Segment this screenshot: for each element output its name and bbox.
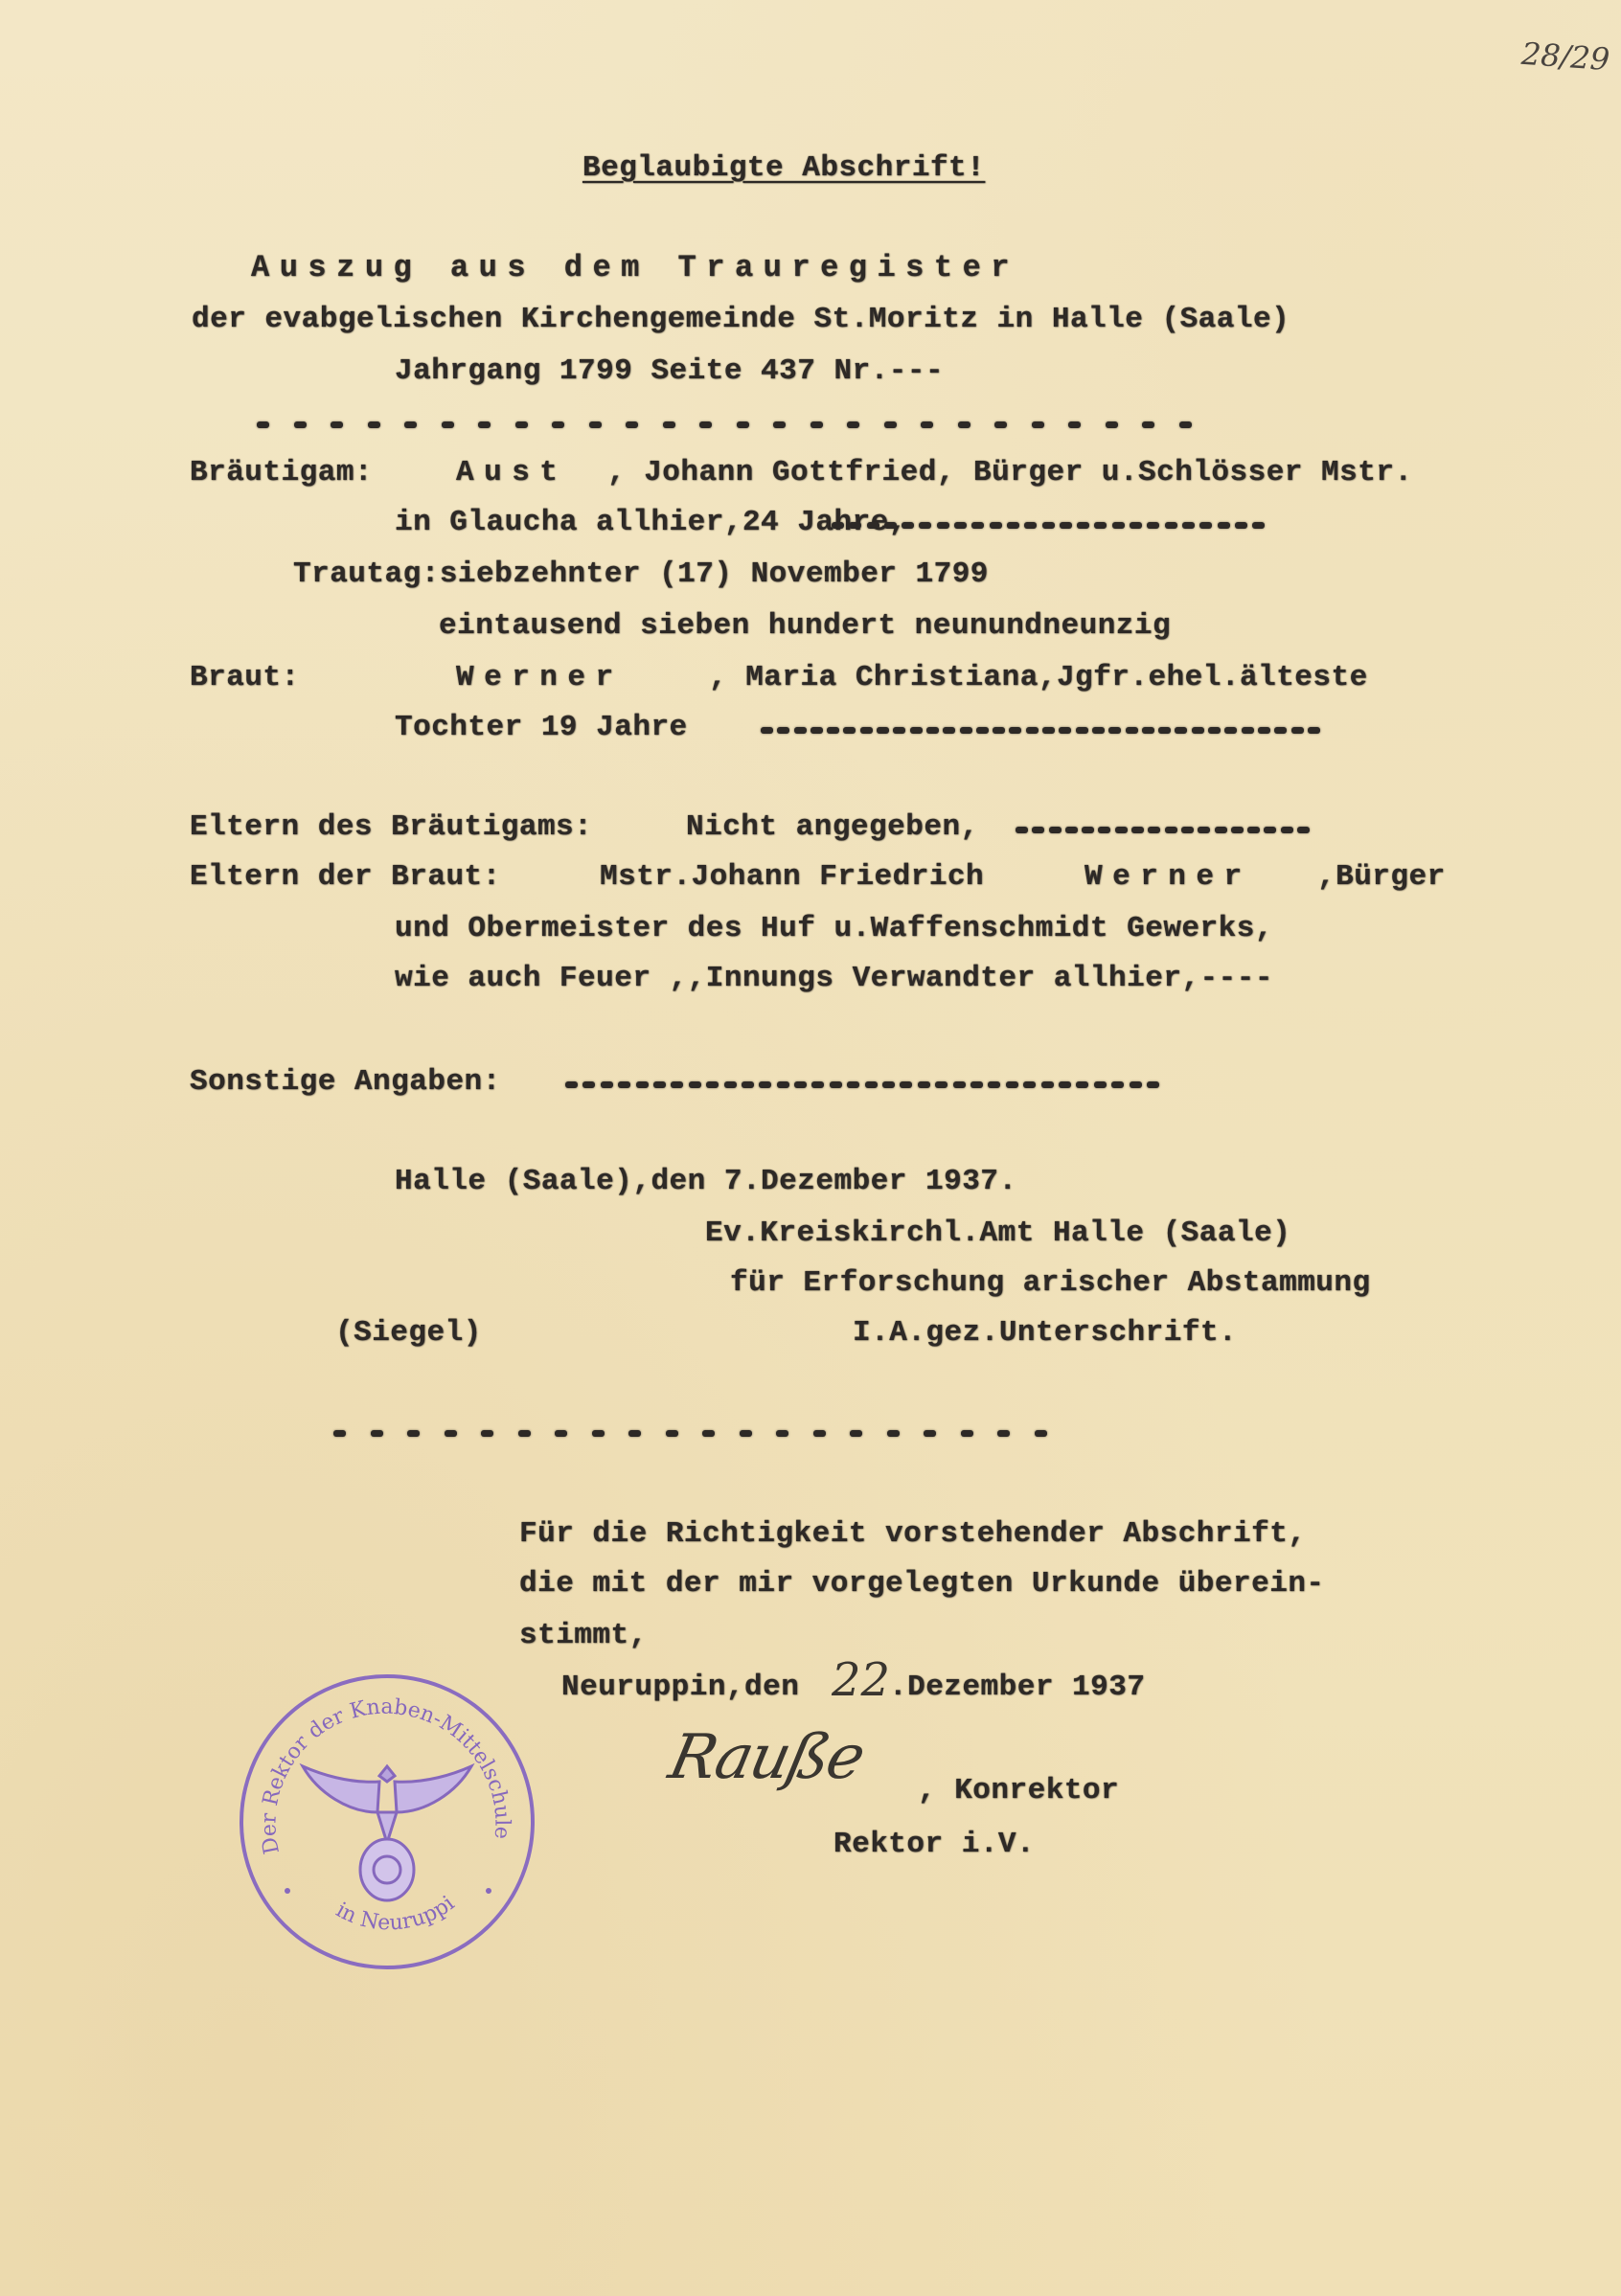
dash-mark xyxy=(843,727,856,734)
dash-mark xyxy=(884,522,897,529)
dash-mark xyxy=(1218,522,1230,529)
dash-mark xyxy=(1142,727,1154,734)
dash-mark xyxy=(592,1430,605,1437)
dash-mark xyxy=(1224,727,1237,734)
fill-dashes xyxy=(565,1081,1159,1088)
handwritten-signature: Rauße xyxy=(663,1722,869,1793)
dash-mark xyxy=(994,421,1007,428)
dash-mark xyxy=(1032,421,1044,428)
certification-place: Neuruppin,den xyxy=(561,1671,799,1705)
dash-mark xyxy=(1247,827,1260,833)
dash-mark xyxy=(1264,827,1276,833)
dash-mark xyxy=(970,1081,983,1088)
dash-mark xyxy=(331,421,343,428)
separator-line xyxy=(333,1430,1047,1437)
dash-mark xyxy=(1274,727,1287,734)
dash-mark xyxy=(257,421,269,428)
dash-mark xyxy=(1082,827,1094,833)
dash-mark xyxy=(882,1081,895,1088)
dash-mark xyxy=(918,1081,930,1088)
dash-mark xyxy=(1009,727,1021,734)
signed-note: I.A.gez.Unterschrift. xyxy=(853,1316,1237,1351)
dash-mark xyxy=(865,1081,878,1088)
dash-mark xyxy=(1130,1081,1142,1088)
dash-mark xyxy=(724,1081,737,1088)
certification-line-3: stimmt, xyxy=(519,1619,648,1653)
bride-parents-surname: Werner xyxy=(1084,860,1252,895)
dash-mark xyxy=(776,1430,788,1437)
dash-mark xyxy=(954,522,967,529)
dash-mark xyxy=(1092,727,1105,734)
dash-mark xyxy=(860,727,873,734)
dash-mark xyxy=(1235,522,1247,529)
dash-mark xyxy=(737,421,749,428)
dash-mark xyxy=(740,1430,752,1437)
bride-parents-value: Mstr.Johann Friedrich xyxy=(600,860,984,895)
dash-mark xyxy=(1181,827,1194,833)
dash-mark xyxy=(1192,727,1204,734)
dash-mark xyxy=(1175,727,1187,734)
fill-dashes xyxy=(1016,827,1310,833)
dash-mark xyxy=(666,1430,678,1437)
dash-mark xyxy=(777,1081,789,1088)
stamp-ring-text: Der Rektor der Knaben-Mittelschule in Ne… xyxy=(243,1678,531,1966)
dash-mark xyxy=(1179,421,1192,428)
dash-mark xyxy=(1297,827,1310,833)
groom-residence-age: in Glaucha allhier,24 Jahre, xyxy=(395,506,907,540)
dash-mark xyxy=(671,1081,683,1088)
dash-mark xyxy=(1006,1081,1018,1088)
dash-mark xyxy=(884,421,897,428)
fill-dashes xyxy=(832,522,1265,529)
dash-mark xyxy=(1308,727,1320,734)
dash-mark xyxy=(1060,522,1072,529)
dash-mark xyxy=(847,1081,859,1088)
dash-mark xyxy=(1130,522,1142,529)
bride-daughter-age: Tochter 19 Jahre xyxy=(395,711,688,745)
dash-mark xyxy=(830,1081,842,1088)
dash-mark xyxy=(877,727,889,734)
dash-mark xyxy=(582,1081,595,1088)
dash-mark xyxy=(827,727,839,734)
dash-mark xyxy=(993,727,1005,734)
dash-mark xyxy=(1158,727,1171,734)
dash-mark xyxy=(1115,827,1128,833)
seal-placeholder: (Siegel) xyxy=(335,1316,482,1351)
dash-mark xyxy=(1199,522,1212,529)
dash-mark xyxy=(1094,1081,1107,1088)
dash-mark xyxy=(1126,727,1138,734)
dash-mark xyxy=(742,1081,754,1088)
dash-mark xyxy=(960,727,972,734)
dash-mark xyxy=(1042,727,1055,734)
dash-mark xyxy=(702,1430,715,1437)
dash-mark xyxy=(1094,522,1107,529)
dash-mark xyxy=(773,421,786,428)
dash-mark xyxy=(706,1081,719,1088)
signer-role: , Konrektor xyxy=(918,1774,1119,1808)
dash-mark xyxy=(777,727,789,734)
dash-mark xyxy=(1258,727,1270,734)
dash-mark xyxy=(958,421,970,428)
dash-mark xyxy=(1182,522,1195,529)
bride-parents-line-2: und Obermeister des Huf u.Waffenschmidt … xyxy=(395,912,1273,946)
dash-mark xyxy=(1198,827,1210,833)
dash-mark xyxy=(811,1081,824,1088)
fill-dashes xyxy=(761,727,1320,734)
bride-surname: Werner xyxy=(456,661,624,695)
dash-mark xyxy=(849,522,861,529)
dash-mark xyxy=(518,1430,531,1437)
heading-line-2: der evabgelischen Kirchengemeinde St.Mor… xyxy=(192,303,1290,337)
dash-mark xyxy=(921,421,933,428)
dash-mark xyxy=(971,522,984,529)
heading-line-3: Jahrgang 1799 Seite 437 Nr.--- xyxy=(395,354,944,389)
dash-mark xyxy=(636,1081,649,1088)
dash-mark xyxy=(1142,421,1154,428)
dash-mark xyxy=(1076,1081,1088,1088)
dash-mark xyxy=(953,1081,966,1088)
dash-mark xyxy=(442,421,454,428)
dash-mark xyxy=(887,1430,900,1437)
signer-role-2: Rektor i.V. xyxy=(833,1828,1035,1862)
wedding-year-words: eintausend sieben hundert neunundneunzig xyxy=(439,609,1171,644)
dash-mark xyxy=(1165,827,1177,833)
groom-parents-value: Nicht angegeben, xyxy=(686,810,979,845)
dash-mark xyxy=(1059,1081,1071,1088)
certification-date: .Dezember 1937 xyxy=(889,1671,1145,1705)
dash-mark xyxy=(1147,522,1159,529)
dash-mark xyxy=(976,727,989,734)
dash-mark xyxy=(1111,1081,1124,1088)
dash-mark xyxy=(937,522,949,529)
dash-mark xyxy=(1291,727,1304,734)
dash-mark xyxy=(552,421,564,428)
groom-label: Bräutigam: xyxy=(190,456,373,490)
dash-mark xyxy=(997,1430,1010,1437)
dash-mark xyxy=(515,421,528,428)
dash-mark xyxy=(810,421,823,428)
official-stamp: Der Rektor der Knaben-Mittelschule in Ne… xyxy=(240,1674,535,1969)
dash-mark xyxy=(1112,522,1125,529)
other-info-label: Sonstige Angaben: xyxy=(190,1065,501,1100)
dash-mark xyxy=(626,421,638,428)
dash-mark xyxy=(961,1430,973,1437)
dash-mark xyxy=(1165,522,1177,529)
dash-mark xyxy=(943,727,955,734)
dash-mark xyxy=(1281,827,1293,833)
dash-mark xyxy=(294,421,307,428)
dash-mark xyxy=(555,1430,567,1437)
dash-mark xyxy=(653,1081,666,1088)
dash-mark xyxy=(1098,827,1110,833)
separator-line xyxy=(257,421,1192,428)
wedding-day: Trautag:siebzehnter (17) November 1799 xyxy=(293,557,989,592)
document-title: Beglaubigte Abschrift! xyxy=(582,151,985,186)
dash-mark xyxy=(1076,727,1088,734)
dash-mark xyxy=(1108,727,1121,734)
dash-mark xyxy=(1148,827,1160,833)
dash-mark xyxy=(699,421,712,428)
dash-mark xyxy=(1032,827,1044,833)
dash-mark xyxy=(1065,827,1078,833)
dash-mark xyxy=(1059,727,1071,734)
dash-mark xyxy=(1049,827,1062,833)
dash-mark xyxy=(847,421,859,428)
dash-mark xyxy=(1252,522,1265,529)
dash-mark xyxy=(478,421,491,428)
issuing-office-line-1: Ev.Kreiskirchl.Amt Halle (Saale) xyxy=(705,1216,1290,1251)
dash-mark xyxy=(761,727,773,734)
eagle-emblem-icon xyxy=(303,1766,471,1900)
dash-mark xyxy=(1042,522,1055,529)
dash-mark xyxy=(481,1430,493,1437)
dash-mark xyxy=(1041,1081,1054,1088)
dash-mark xyxy=(988,1081,1000,1088)
certification-line-1: Für die Richtigkeit vorstehender Abschri… xyxy=(519,1517,1306,1552)
dash-mark xyxy=(1106,421,1118,428)
dash-mark xyxy=(1215,827,1227,833)
bride-label: Braut: xyxy=(190,661,300,695)
dash-mark xyxy=(1026,727,1039,734)
dash-mark xyxy=(926,727,939,734)
dash-mark xyxy=(565,1081,578,1088)
dash-mark xyxy=(618,1081,630,1088)
dash-mark xyxy=(1131,827,1144,833)
dash-mark xyxy=(910,727,923,734)
dash-mark xyxy=(1231,827,1244,833)
groom-surname: Aust xyxy=(456,456,567,490)
dash-mark xyxy=(404,421,417,428)
dash-mark xyxy=(1147,1081,1159,1088)
dash-mark xyxy=(1035,1430,1047,1437)
dash-mark xyxy=(1016,827,1028,833)
dash-mark xyxy=(589,421,602,428)
handwritten-day: 22 xyxy=(832,1653,890,1707)
dash-mark xyxy=(689,1081,701,1088)
dash-mark xyxy=(1023,1081,1036,1088)
dash-mark xyxy=(1068,421,1081,428)
dash-mark xyxy=(407,1430,420,1437)
dash-mark xyxy=(759,1081,771,1088)
dash-mark xyxy=(935,1081,947,1088)
dash-mark xyxy=(794,1081,807,1088)
dash-mark xyxy=(1242,727,1254,734)
dash-mark xyxy=(990,522,1002,529)
dash-mark xyxy=(813,1430,826,1437)
dash-mark xyxy=(810,727,823,734)
dash-mark xyxy=(924,1430,936,1437)
dash-mark xyxy=(628,1430,641,1437)
dash-mark xyxy=(919,522,931,529)
dash-mark xyxy=(850,1430,862,1437)
heading-line-1: Auszug aus dem Trauregister xyxy=(251,251,1019,285)
certification-line-2: die mit der mir vorgelegten Urkunde über… xyxy=(519,1567,1325,1602)
groom-parents-label: Eltern des Bräutigams: xyxy=(190,810,592,845)
bride-parents-line-3: wie auch Feuer ,,Innungs Verwandter allh… xyxy=(395,962,1273,996)
dash-mark xyxy=(333,1430,346,1437)
bride-details: , Maria Christiana,Jgfr.ehel.älteste xyxy=(709,661,1368,695)
page-number-mark: 28/29 xyxy=(1520,35,1611,78)
dash-mark xyxy=(832,522,844,529)
dash-mark xyxy=(1077,522,1089,529)
dash-mark xyxy=(445,1430,457,1437)
bride-parents-label: Eltern der Braut: xyxy=(190,860,501,895)
dash-mark xyxy=(794,727,807,734)
dash-mark xyxy=(371,1430,383,1437)
issuing-office-line-2: für Erforschung arischer Abstammung xyxy=(730,1266,1371,1301)
issuance-place-date: Halle (Saale),den 7.Dezember 1937. xyxy=(395,1165,1017,1199)
dash-mark xyxy=(867,522,879,529)
bride-parents-suffix: ,Bürger xyxy=(1317,860,1446,895)
dash-mark xyxy=(1024,522,1037,529)
dash-mark xyxy=(900,1081,912,1088)
dash-mark xyxy=(663,421,675,428)
dash-mark xyxy=(1208,727,1221,734)
dash-mark xyxy=(893,727,905,734)
dash-mark xyxy=(902,522,914,529)
groom-details: , Johann Gottfried, Bürger u.Schlösser M… xyxy=(607,456,1413,490)
dash-mark xyxy=(1007,522,1019,529)
dash-mark xyxy=(368,421,380,428)
dash-mark xyxy=(601,1081,613,1088)
